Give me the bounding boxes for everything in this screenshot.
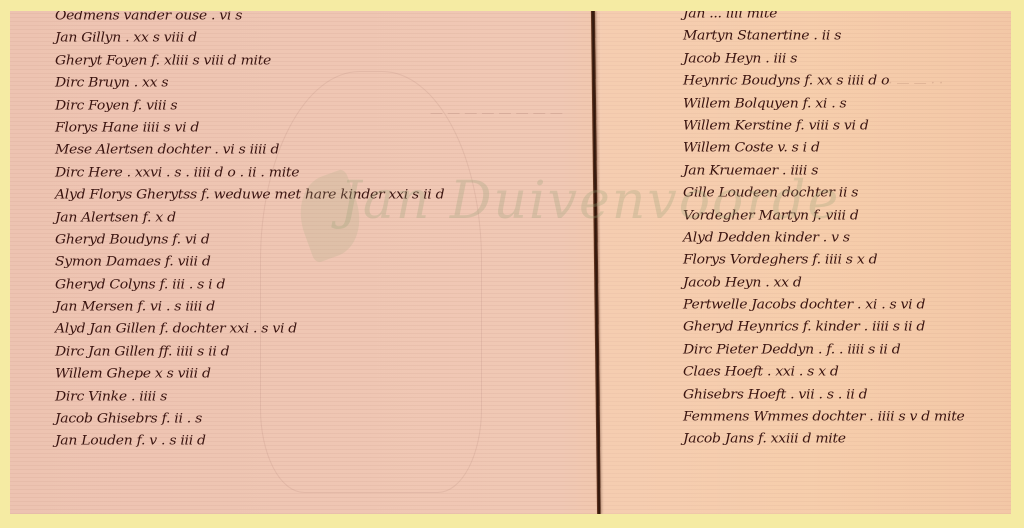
entry-line: Jan Gillyn . xx s viii d <box>55 28 444 49</box>
entry-line: Heynric Boudyns f. xx s iiii d o <box>683 71 965 92</box>
right-page: · · — — · · Jan ... iiii mite Martyn Sta… <box>600 11 1011 514</box>
entry-line: Mese Alertsen dochter . vi s iiii d <box>55 140 444 161</box>
entry-line: Symon Damaes f. viii d <box>55 252 444 273</box>
entry-line: Martyn Stanertine . ii s <box>683 26 965 47</box>
entry-line: Dirc Foyen f. viii s <box>55 95 444 116</box>
entry-line: Dirc Bruyn . xx s <box>55 73 444 94</box>
entry-line: Jacob Heyn . xx d <box>683 273 965 294</box>
entry-line: Dirc Pieter Deddyn . f. . iiii s ii d <box>683 340 965 361</box>
entry-line: Jan ... iiii mite <box>683 11 965 24</box>
entry-line: Jan Mersen f. vi . s iiii d <box>55 297 444 318</box>
entry-line: Willem Ghepe x s viii d <box>55 364 444 385</box>
entry-line: Oedmens vander ouse . vi s <box>55 11 444 26</box>
entry-line: Jacob Heyn . iii s <box>683 49 965 70</box>
entry-line: Ghisebrs Hoeft . vii . s . ii d <box>683 385 965 406</box>
entry-line: Willem Coste v. s i d <box>683 138 965 159</box>
entry-line: Jan Alertsen f. x d <box>55 207 444 228</box>
entry-line: Dirc Jan Gillen ff. iiii s ii d <box>55 342 444 363</box>
entry-line: Alyd Dedden kinder . v s <box>683 228 965 249</box>
left-page: — — — — — — — — Oedmens vander ouse . vi… <box>10 11 594 514</box>
entry-line: Gheryt Foyen f. xliii s viii d mite <box>55 51 444 72</box>
entry-line: Willem Kerstine f. viii s vi d <box>683 116 965 137</box>
right-page-entries: Jan ... iiii mite Martyn Stanertine . ii… <box>683 11 965 451</box>
entry-line: Gheryd Boudyns f. vi d <box>55 230 444 251</box>
entry-line: Claes Hoeft . xxi . s x d <box>683 362 965 383</box>
entry-line: Vordegher Martyn f. viii d <box>683 205 965 226</box>
entry-line: Alyd Florys Gherytss f. weduwe met hare … <box>55 185 444 206</box>
faint-underwriting: — — — — — — — — <box>430 106 563 121</box>
manuscript-photo: — — — — — — — — Oedmens vander ouse . vi… <box>10 11 1011 514</box>
entry-line: Gheryd Colyns f. iii . s i d <box>55 275 444 296</box>
entry-line: Pertwelle Jacobs dochter . xi . s vi d <box>683 295 965 316</box>
entry-line: Jacob Jans f. xxiii d mite <box>683 429 965 450</box>
entry-line: Jan Kruemaer . iiii s <box>683 161 965 182</box>
entry-line: Femmens Wmmes dochter . iiii s v d mite <box>683 407 965 428</box>
entry-line: Willem Bolquyen f. xi . s <box>683 93 965 114</box>
entry-line: Gille Loudeen dochter ii s <box>683 183 965 204</box>
entry-line: Jacob Ghisebrs f. ii . s <box>55 409 444 430</box>
left-page-entries: Oedmens vander ouse . vi s Jan Gillyn . … <box>55 11 444 453</box>
entry-line: Florys Vordeghers f. iiii s x d <box>683 250 965 271</box>
entry-line: Gheryd Heynrics f. kinder . iiii s ii d <box>683 317 965 338</box>
entry-line: Florys Hane iiii s vi d <box>55 118 444 139</box>
entry-line: Dirc Here . xxvi . s . iiii d o . ii . m… <box>55 163 444 184</box>
entry-line: Jan Louden f. v . s iii d <box>55 431 444 452</box>
entry-line: Alyd Jan Gillen f. dochter xxi . s vi d <box>55 319 444 340</box>
entry-line: Dirc Vinke . iiii s <box>55 387 444 408</box>
